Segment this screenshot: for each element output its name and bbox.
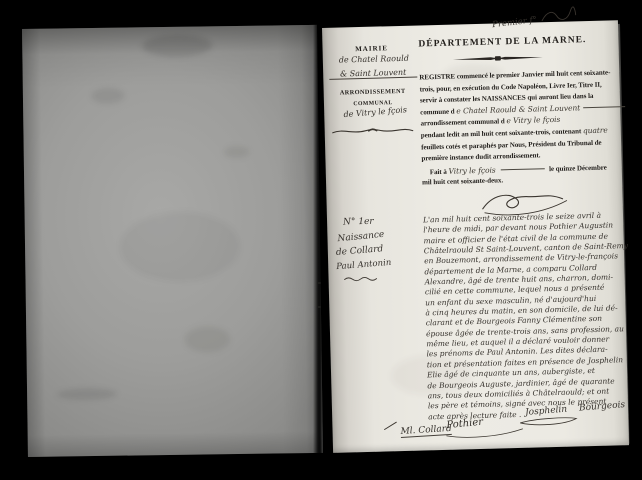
margin-squiggle-icon (342, 275, 378, 283)
page-stain (57, 388, 117, 401)
fait-a-label: Fait à (430, 168, 447, 176)
page-stain (91, 88, 125, 104)
arrondissement-label: ARRONDISSEMENT (330, 88, 416, 97)
binding-stitch (317, 282, 321, 284)
mairie-label: MAIRIE (328, 44, 414, 54)
title-divider-rule-icon (451, 53, 545, 63)
signature-underline-flourish-icon (518, 415, 580, 427)
preamble-handwritten-insertion: e Vitry le fçois (506, 115, 560, 125)
page-stain (142, 34, 212, 57)
commune-name-line1: de Chatel Raould (331, 54, 417, 65)
preamble-handwritten-insertion: quatre (583, 126, 608, 136)
mayor-signature-flourish-icon (445, 427, 525, 439)
act-label-firstnames: Paul Antonin (336, 258, 392, 272)
dated-date-printed: le quinze Décembre (549, 164, 607, 174)
act-label-surname: de Collard (336, 244, 384, 258)
page-stain (224, 146, 250, 158)
binding-stitch (317, 306, 321, 308)
folio-note-flourish-icon (538, 6, 578, 26)
act-label-naissance: Naissance (337, 230, 385, 244)
book-spine (313, 22, 324, 458)
folio-note-text: Premier f° (492, 15, 538, 30)
preamble-printed-text: commune d (420, 107, 455, 116)
dated-place-handwritten: Vitry le fçois (448, 166, 495, 176)
commune-name-line2: & Saint Louvent (329, 68, 417, 80)
folio-note: Premier f° (491, 6, 578, 32)
act-number: N° 1er (343, 217, 374, 228)
preamble-printed-text: arrondissement communal d (420, 118, 504, 128)
act-body: L'an mil huit cent soixante-trois le sei… (423, 210, 626, 422)
page-stain (120, 211, 241, 283)
dated-line: Fait à Vitry le fçois le quinze Décembre (430, 161, 620, 178)
preamble-paragraph: REGISTRE commencé le premier Janvier mil… (419, 66, 619, 164)
page-stain (184, 326, 230, 353)
preamble-printed-text: première instance dudit arrondissement. (421, 151, 540, 162)
dated-line2: mil huit cent soixante-deux. (422, 175, 503, 189)
register-page: Premier f° MAIRIE de Chatel Raould & Sai… (322, 20, 629, 453)
margin-divider-flourish-icon (331, 126, 415, 137)
left-blank-page (22, 25, 323, 457)
pen-stroke-icon (382, 420, 398, 431)
blank-rule (500, 168, 544, 170)
department-title: DÉPARTEMENT DE LA MARNE. (418, 35, 572, 49)
